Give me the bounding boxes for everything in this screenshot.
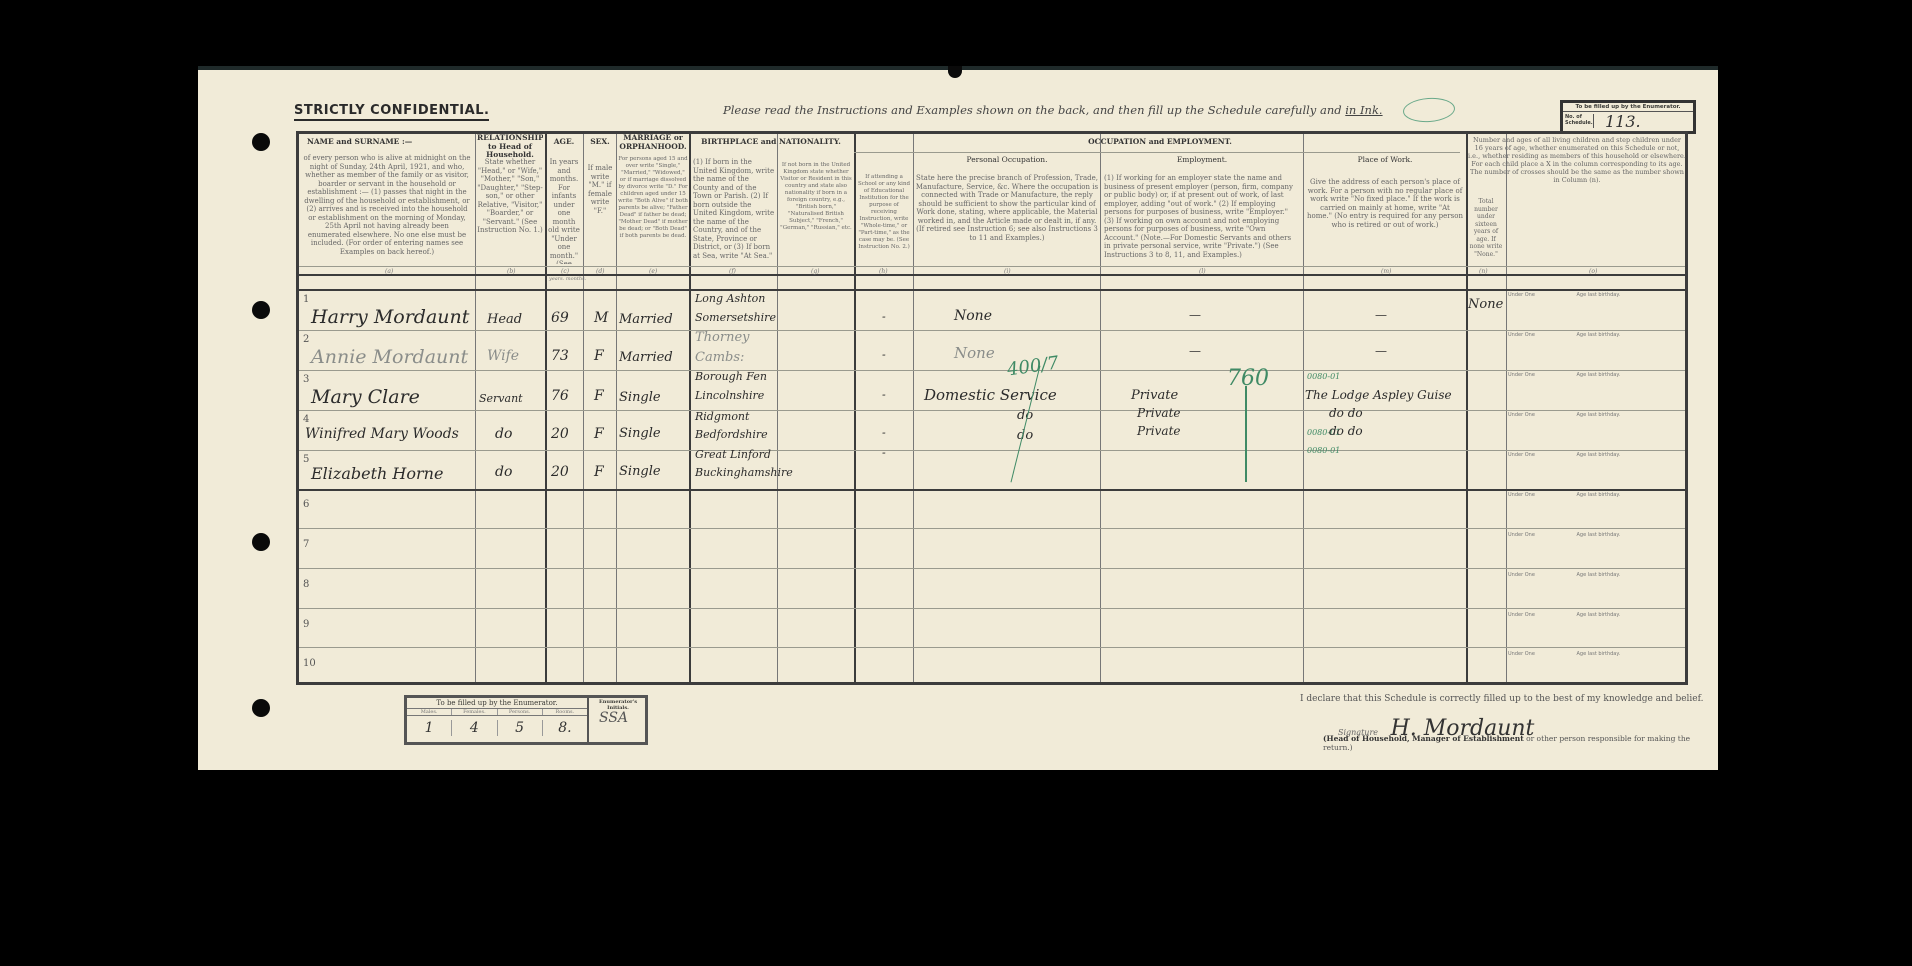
age: 20 <box>551 464 569 480</box>
occupation-code-annotation: 400/7 <box>1006 352 1060 380</box>
employment: — <box>1189 308 1201 322</box>
marriage-status: Married <box>619 350 673 365</box>
col-l-desc: (1) If working for an employer state the… <box>1104 174 1300 264</box>
col-m-desc: Give the address of each person's place … <box>1307 178 1463 264</box>
green-stroke <box>1245 386 1247 482</box>
place-of-work: — <box>1375 308 1387 322</box>
place-code: 0080-01 <box>1307 446 1340 455</box>
row-number: 1 <box>303 294 309 305</box>
occupation: None <box>954 344 995 362</box>
enumerator-box-title: To be filled up by the Enumerator. <box>407 698 587 709</box>
census-table: NAME and SURNAME :— of every person who … <box>296 131 1688 685</box>
school-attendance: - <box>882 388 886 401</box>
row-number: 7 <box>303 539 309 550</box>
birthplace-county: Lincolnshire <box>695 389 764 402</box>
sex: F <box>594 426 604 442</box>
child-age-grid: Under One Age last birthday. <box>1508 412 1688 418</box>
enumerator-box: To be filled up by the Enumerator. Males… <box>404 695 648 745</box>
school-attendance: - <box>882 426 886 439</box>
birthplace-town: Borough Fen <box>695 370 767 383</box>
person-name: Harry Mordaunt <box>311 306 469 328</box>
col-letter: (i) <box>1004 268 1011 275</box>
col-h-desc: If attending a School or any kind of Edu… <box>856 174 912 264</box>
relationship: do <box>495 464 512 480</box>
child-age-grid: Under One Age last birthday. <box>1508 372 1688 378</box>
under-one-label: Under One <box>1508 452 1535 458</box>
place-of-work: The Lodge Aspley Guise <box>1305 388 1452 402</box>
col-n-desc: Total number under sixteen years of age.… <box>1468 198 1504 264</box>
col-g-desc: If not born in the United Kingdom state … <box>779 162 853 264</box>
child-age-grid: Under One Age last birthday. <box>1508 651 1688 657</box>
under-one-label: Under One <box>1508 572 1535 578</box>
age-label: Age last birthday. <box>1577 412 1621 418</box>
col-letter: (n) <box>1479 268 1488 275</box>
employment: Private <box>1131 388 1178 403</box>
relationship: Wife <box>487 348 519 364</box>
age-label: Age last birthday. <box>1577 332 1621 338</box>
punch-hole <box>252 301 270 319</box>
col-letter: (d) <box>596 268 605 275</box>
sex: F <box>594 348 604 364</box>
sex: F <box>594 388 604 404</box>
col-a-desc: of every person who is alive at midnight… <box>303 154 471 264</box>
under-one-label: Under One <box>1508 292 1535 298</box>
col-letter: (o) <box>1589 268 1597 275</box>
place-code: 0080-01 <box>1307 372 1340 381</box>
place-of-work: — <box>1375 344 1387 358</box>
birthplace-county: Somersetshire <box>695 311 776 324</box>
females-label: Females. <box>452 709 497 715</box>
col-b-desc: State whether "Head," or "Wife," "Mother… <box>477 158 543 264</box>
employment-code-annotation: 760 <box>1227 366 1269 391</box>
employment: — <box>1189 344 1201 358</box>
under-one-label: Under One <box>1508 372 1535 378</box>
col-c-desc: In years and months. For infants under o… <box>547 158 581 264</box>
col-letter: (b) <box>507 268 516 275</box>
age-label: Age last birthday. <box>1577 651 1621 657</box>
child-age-grid: Under One Age last birthday. <box>1508 532 1688 538</box>
sex: F <box>594 464 604 480</box>
person-name: Mary Clare <box>311 386 420 408</box>
school-attendance: - <box>882 446 886 459</box>
col-i-title: Personal Occupation. <box>915 156 1099 165</box>
signature-caption: (Head of Household, Manager of Establish… <box>1323 734 1718 752</box>
person-name: Annie Mordaunt <box>311 346 468 368</box>
row-number: 5 <box>303 454 309 465</box>
child-age-grid: Under One Age last birthday. <box>1508 452 1688 458</box>
child-age-grid: Under One Age last birthday. <box>1508 572 1688 578</box>
schedule-box-label: No. of Schedule. <box>1565 114 1594 128</box>
col-letter: (e) <box>649 268 657 275</box>
in-ink-text: in Ink. <box>1345 103 1382 117</box>
col-f-title: BIRTHPLACE and NATIONALITY. <box>691 138 851 147</box>
males-count: 1 <box>407 720 452 736</box>
age: 73 <box>551 348 569 364</box>
age-label: Age last birthday. <box>1577 292 1621 298</box>
age-subheader: years. months. <box>549 276 586 282</box>
green-stroke <box>1010 366 1040 483</box>
instructions-line: Please read the Instructions and Example… <box>723 103 1383 117</box>
relationship: do <box>495 426 512 442</box>
under-one-label: Under One <box>1508 492 1535 498</box>
birthplace-county: Bedfordshire <box>695 428 768 441</box>
birthplace-county: Buckinghamshire <box>695 466 793 479</box>
col-b-title: RELATIONSHIP to Head of Household. <box>477 134 543 160</box>
age: 20 <box>551 426 569 442</box>
row-number: 3 <box>303 374 309 385</box>
birthplace-town: Great Linford <box>695 448 771 461</box>
row-number: 8 <box>303 579 309 590</box>
col-d-desc: If male write "M." if female write "F." <box>585 164 615 264</box>
place-of-work: do do <box>1329 406 1363 420</box>
birthplace-town: Long Ashton <box>695 292 765 305</box>
relationship: Servant <box>479 392 523 405</box>
occupation: None <box>954 308 992 324</box>
col-d-title: SEX. <box>585 138 615 147</box>
col-i-desc: State here the precise branch of Profess… <box>915 174 1099 264</box>
census-schedule-page: STRICTLY CONFIDENTIAL. Please read the I… <box>198 66 1718 770</box>
col-letter: (f) <box>729 268 736 275</box>
col-e-title: MARRIAGE or ORPHANHOOD. <box>618 134 688 151</box>
age-label: Age last birthday. <box>1577 372 1621 378</box>
place-of-work: do do <box>1329 424 1363 438</box>
child-age-grid: Under One Age last birthday. <box>1508 332 1688 338</box>
child-age-grid: Under One Age last birthday. <box>1508 492 1688 498</box>
schedule-number-box: To be filled up by the Enumerator. No. o… <box>1560 100 1696 134</box>
age: 69 <box>551 310 569 326</box>
col-e-desc: For persons aged 15 and over write "Sing… <box>618 156 688 264</box>
relationship: Head <box>487 312 522 327</box>
person-name: Elizabeth Horne <box>311 464 443 483</box>
birthplace-town: Ridgmont <box>695 410 749 423</box>
row-number: 10 <box>303 658 316 669</box>
row-number: 6 <box>303 499 309 510</box>
col-letter: (a) <box>385 268 393 275</box>
marriage-status: Single <box>619 464 661 479</box>
child-age-grid: Under One Age last birthday. <box>1508 292 1688 298</box>
col-letter: (g) <box>811 268 820 275</box>
sex: M <box>594 310 608 326</box>
col-letter: (h) <box>879 268 888 275</box>
birthplace-county: Cambs: <box>695 350 744 365</box>
females-count: 4 <box>452 720 497 736</box>
persons-label: Persons. <box>498 709 543 715</box>
occupation: do <box>1017 428 1033 443</box>
under-one-label: Under One <box>1508 651 1535 657</box>
occupation-group-title: OCCUPATION and EMPLOYMENT. <box>857 138 1463 147</box>
marriage-status: Single <box>619 426 661 441</box>
person-name: Winifred Mary Woods <box>305 426 459 442</box>
under-one-label: Under One <box>1508 612 1535 618</box>
caption-bold: (Head of Household, Manager of Establish… <box>1323 734 1524 743</box>
age-label: Age last birthday. <box>1577 612 1621 618</box>
under-one-label: Under One <box>1508 412 1535 418</box>
punch-hole <box>252 699 270 717</box>
birthplace-town: Thorney <box>695 330 750 345</box>
row-number: 4 <box>303 414 309 425</box>
employment: Private <box>1137 406 1181 420</box>
under-one-label: Under One <box>1508 332 1535 338</box>
age-label: Age last birthday. <box>1577 532 1621 538</box>
rooms-count: 8. <box>543 720 587 736</box>
col-c-title: AGE. <box>547 138 581 147</box>
declaration-text: I declare that this Schedule is correctl… <box>1300 694 1704 704</box>
col-l-title: Employment. <box>1102 156 1302 165</box>
school-attendance: - <box>882 310 886 323</box>
age-label: Age last birthday. <box>1577 572 1621 578</box>
instructions-text: Please read the Instructions and Example… <box>723 103 1342 117</box>
marriage-status: Single <box>619 390 661 405</box>
col-m-title: Place of Work. <box>1305 156 1465 165</box>
row-number: 2 <box>303 334 309 345</box>
employment: Private <box>1137 424 1181 438</box>
rooms-label: Rooms. <box>543 709 587 715</box>
children-count: None <box>1468 297 1503 312</box>
occupation: Domestic Service <box>924 386 1057 404</box>
persons-count: 5 <box>498 720 543 736</box>
col-letter: (c) <box>561 268 569 275</box>
age: 76 <box>551 388 569 404</box>
child-age-grid: Under One Age last birthday. <box>1508 612 1688 618</box>
pencil-oval-mark <box>1402 96 1456 124</box>
enumerator-initials: SSA <box>599 710 628 726</box>
col-a-title: NAME and SURNAME :— <box>301 138 477 147</box>
under-one-label: Under One <box>1508 532 1535 538</box>
row-number: 9 <box>303 619 309 630</box>
age-label: Age last birthday. <box>1577 492 1621 498</box>
males-label: Males. <box>407 709 452 715</box>
col-letter: (l) <box>1199 268 1206 275</box>
schedule-box-title: To be filled up by the Enumerator. <box>1563 103 1693 112</box>
marriage-status: Married <box>619 312 673 327</box>
page-notch <box>948 66 962 78</box>
school-attendance: - <box>882 348 886 361</box>
col-letter: (m) <box>1381 268 1391 275</box>
punch-hole <box>252 533 270 551</box>
age-label: Age last birthday. <box>1577 452 1621 458</box>
schedule-number: 113. <box>1605 112 1641 131</box>
confidential-heading: STRICTLY CONFIDENTIAL. <box>294 103 489 121</box>
punch-hole <box>252 133 270 151</box>
col-f-desc: (1) If born in the United Kingdom, write… <box>693 158 775 264</box>
